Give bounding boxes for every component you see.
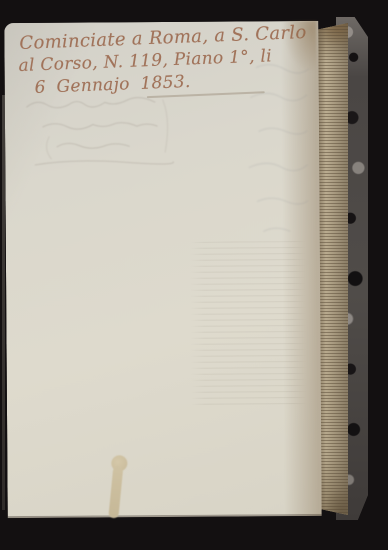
ink-showthrough-upper: [13, 92, 186, 205]
corner-stain: [282, 21, 316, 73]
manuscript-page: Cominciate a Roma, a S. Carlo al Corso, …: [4, 21, 321, 518]
left-page-edge-highlight: [2, 95, 5, 510]
ink-showthrough-right: [242, 49, 315, 249]
paper-stain-tail: [108, 466, 123, 519]
book-scan-photo: Cominciate a Roma, a S. Carlo al Corso, …: [0, 0, 388, 550]
print-showthrough: [190, 241, 307, 410]
